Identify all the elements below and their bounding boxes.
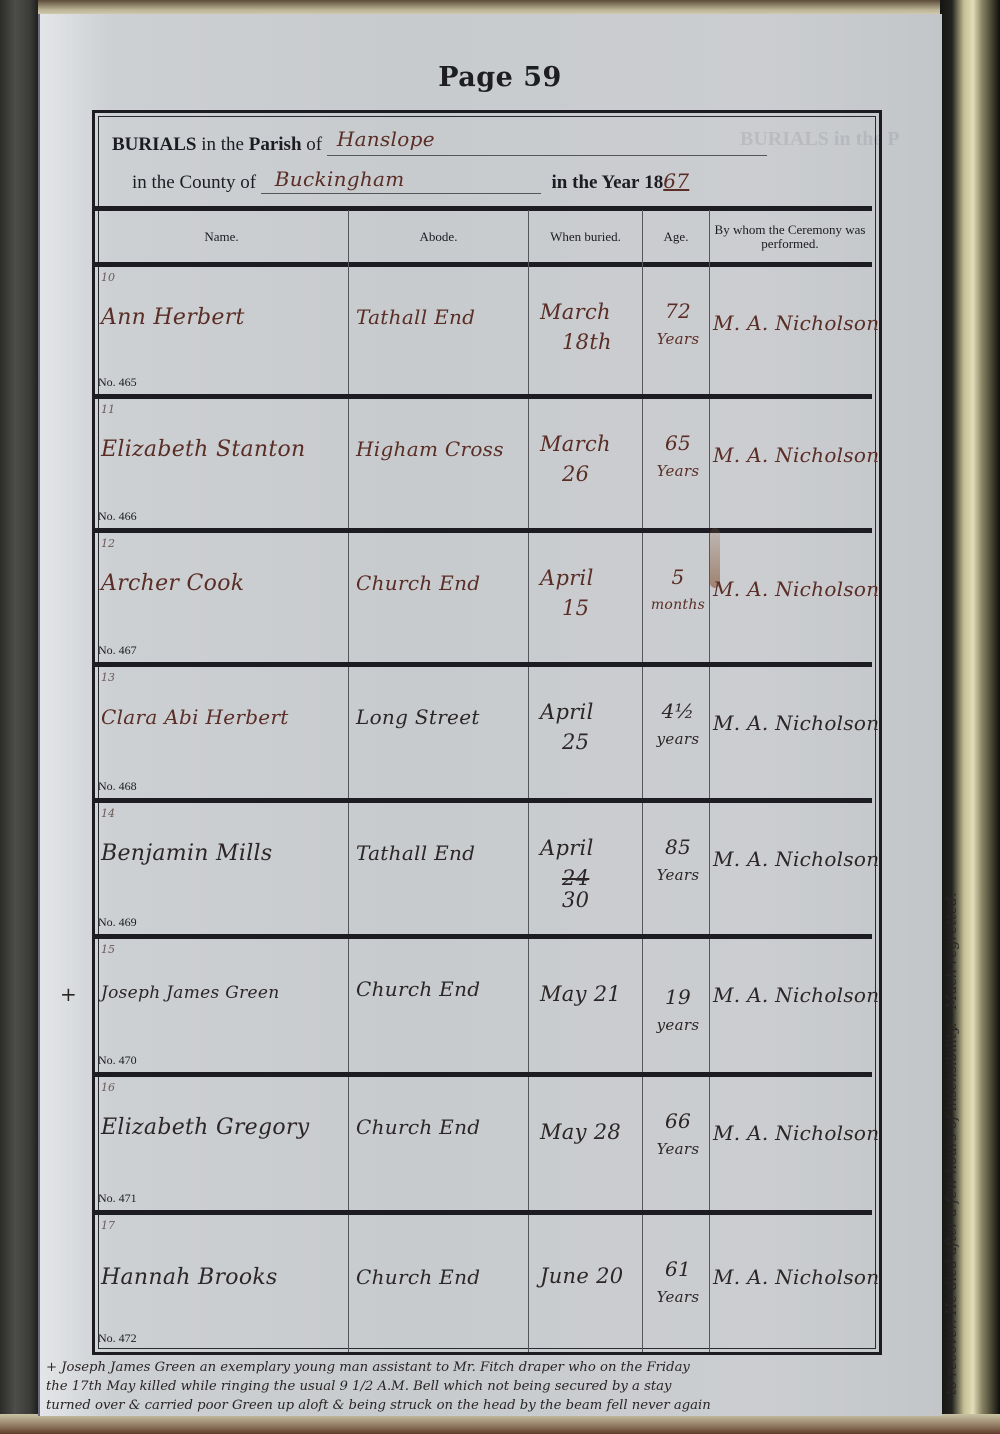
entry-date: April15	[540, 563, 594, 623]
book-binding-left	[0, 0, 38, 1434]
entry-abode: Tathall End	[356, 841, 475, 865]
entry-age: 5months	[650, 563, 706, 619]
entry-age: 65Years	[650, 429, 706, 485]
entry-register-number: No. 467	[98, 643, 137, 658]
entry-age: 19years	[650, 983, 706, 1039]
entry-register-number: No. 472	[98, 1331, 137, 1346]
entry-officiant: M. A. Nicholson	[713, 311, 879, 335]
footnote-line: the 17th May killed while ringing the us…	[46, 1377, 936, 1396]
handwritten-side-note: to recover. He died after a few hours of…	[944, 892, 960, 1395]
entry-abode: Church End	[356, 1115, 480, 1139]
burial-entry: 14 Benjamin Mills No. 469 Tathall End Ap…	[95, 803, 872, 934]
entry-name: Hannah Brooks	[101, 1265, 278, 1290]
burial-entry: 12 Archer Cook No. 467 Church End April1…	[95, 533, 872, 662]
column-header-when-buried: When buried.	[529, 212, 642, 262]
register-heading-county: in the County of Buckingham in the Year …	[132, 169, 689, 194]
parish-field: Hanslope	[327, 131, 767, 156]
entry-abode: Church End	[356, 977, 480, 1001]
burial-entry: 16 Elizabeth Gregory No. 471 Church End …	[95, 1077, 872, 1210]
entry-date: May 21	[540, 979, 621, 1009]
entry-name: Elizabeth Stanton	[101, 437, 306, 462]
footnote-line: + Joseph James Green an exemplary young …	[46, 1358, 936, 1377]
entry-age: 66Years	[650, 1107, 706, 1163]
entry-name: Benjamin Mills	[101, 841, 272, 866]
burial-entry: 10 Ann Herbert No. 465 Tathall End March…	[95, 267, 872, 394]
entry-name: Elizabeth Gregory	[101, 1115, 309, 1140]
burial-entry: 17 Hannah Brooks No. 472 Church End June…	[95, 1215, 872, 1350]
entry-abode: Church End	[356, 571, 480, 595]
entry-officiant: M. A. Nicholson	[713, 577, 879, 601]
year-printed: 18	[644, 172, 663, 193]
entry-date: May 28	[540, 1117, 621, 1147]
entry-abode: Church End	[356, 1265, 480, 1289]
column-header-abode: Abode.	[349, 212, 528, 262]
entry-officiant: M. A. Nicholson	[713, 443, 879, 467]
burial-entry: 15 Joseph James Green No. 470 Church End…	[95, 939, 872, 1072]
entry-abode: Higham Cross	[356, 437, 504, 461]
register-heading-parish: BURIALS in the Parish of Hanslope	[112, 131, 767, 156]
entry-officiant: M. A. Nicholson	[713, 983, 879, 1007]
entry-date: March26	[540, 429, 611, 489]
column-header-officiant: By whom the Ceremony was performed.	[710, 212, 870, 262]
header-rule-top	[95, 206, 872, 211]
entry-date: April2430	[540, 833, 594, 915]
entry-abode: Long Street	[356, 705, 480, 729]
burials-label: BURIALS	[112, 134, 196, 155]
column-header-age: Age.	[643, 212, 709, 262]
entry-age: 4½years	[650, 697, 706, 753]
burial-entry: 13 Clara Abi Herbert No. 468 Long Street…	[95, 667, 872, 798]
entry-officiant: M. A. Nicholson	[713, 847, 879, 871]
entry-age: 61Years	[650, 1255, 706, 1311]
parish-value: Hanslope	[337, 127, 435, 151]
page-title: Page 59	[0, 62, 1000, 93]
column-header-name: Name.	[95, 212, 348, 262]
burial-entry: 11 Elizabeth Stanton No. 466 Higham Cros…	[95, 399, 872, 528]
entry-register-number: No. 471	[98, 1191, 137, 1206]
entry-abode: Tathall End	[356, 305, 475, 329]
entry-age: 72Years	[650, 297, 706, 353]
entry-register-number: No. 469	[98, 915, 137, 930]
entry-register-number: No. 465	[98, 375, 137, 390]
entry-officiant: M. A. Nicholson	[713, 1121, 879, 1145]
entry-date: June 20	[540, 1261, 623, 1291]
entry-name: Ann Herbert	[101, 305, 245, 330]
year-handwritten: 67	[663, 169, 689, 193]
entry-name: Joseph James Green	[101, 983, 280, 1003]
handwritten-footnote: + Joseph James Green an exemplary young …	[46, 1358, 936, 1415]
county-field: Buckingham	[261, 169, 541, 194]
entry-name: Archer Cook	[101, 571, 244, 596]
margin-cross-mark: +	[60, 982, 77, 1006]
entry-date: March18th	[540, 297, 612, 357]
entry-date: April25	[540, 697, 594, 757]
book-binding-bottom	[0, 1414, 1000, 1434]
entry-age: 85Years	[650, 833, 706, 889]
entry-name: Clara Abi Herbert	[101, 705, 289, 729]
entry-register-number: No. 466	[98, 509, 137, 524]
entry-register-number: No. 468	[98, 779, 137, 794]
footnote-line: turned over & carried poor Green up alof…	[46, 1396, 936, 1415]
entry-officiant: M. A. Nicholson	[713, 1265, 879, 1289]
entry-officiant: M. A. Nicholson	[713, 711, 879, 735]
entry-register-number: No. 470	[98, 1053, 137, 1068]
county-value: Buckingham	[275, 167, 405, 191]
